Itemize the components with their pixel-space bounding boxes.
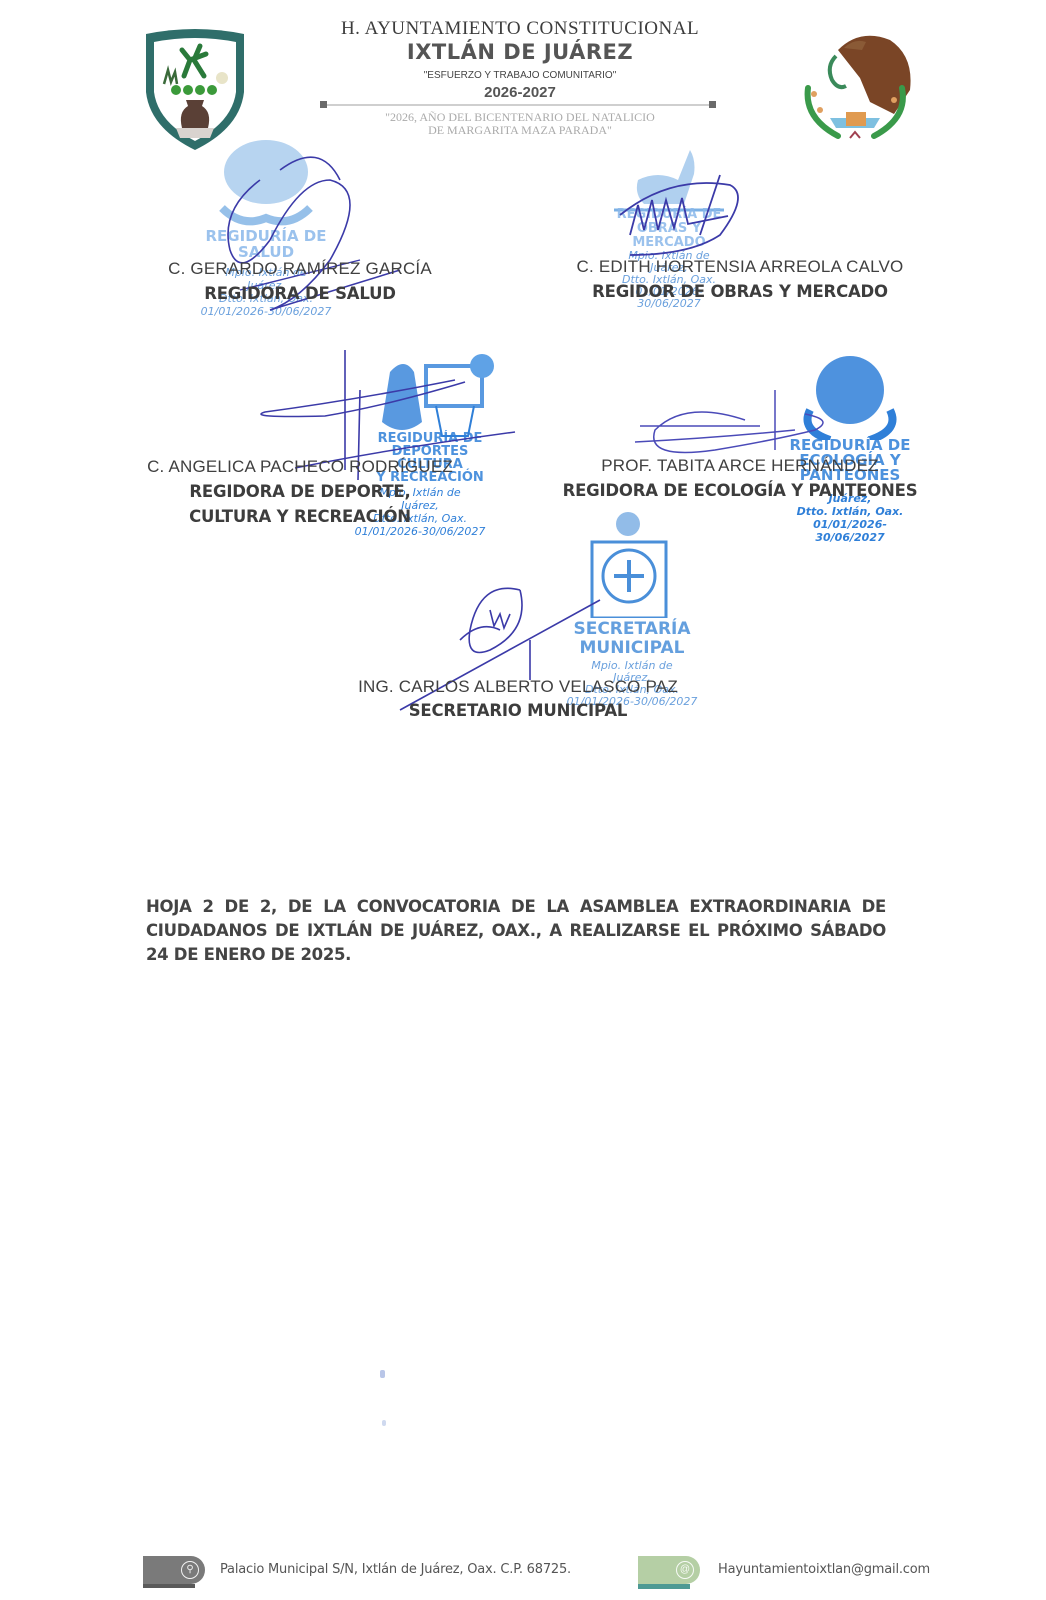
scan-speck <box>382 1420 386 1426</box>
signatory-role-line2: CULTURA Y RECREACIÓN <box>110 507 490 526</box>
header-slogan: "ESFUERZO Y TRABAJO COMUNITARIO" <box>300 70 740 81</box>
signatory-name: C. ANGELICA PACHECO RODRÍGUEZ <box>110 457 490 477</box>
stamp-dates: 01/01/2026-30/06/2027 <box>196 305 336 318</box>
signatory-role: REGIDOR DE OBRAS Y MERCADO <box>540 282 940 301</box>
footer-address: Palacio Municipal S/N, Ixtlán de Juárez,… <box>220 1562 620 1577</box>
signatory-name: C. EDITH HORTENSIA ARREOLA CALVO <box>540 257 940 277</box>
signatory-name: C. GERARDO RAMÍREZ GARCÍA <box>120 259 480 279</box>
sheet-note-paragraph: HOJA 2 DE 2, DE LA CONVOCATORIA DE LA AS… <box>146 895 886 967</box>
footer-email-tab: @ <box>638 1556 700 1584</box>
header-motto-line2: DE MARGARITA MAZA PARADA" <box>300 124 740 137</box>
header-divider <box>322 104 714 106</box>
scan-speck <box>380 1370 385 1378</box>
signatory-role-line1: REGIDORA DE DEPORTE, <box>110 482 490 501</box>
signatory-role: REGIDORA DE ECOLOGÍA Y PANTEONES <box>530 481 950 500</box>
footer-address-tab: ⚲ <box>143 1556 205 1584</box>
header-motto: "2026, AÑO DEL BICENTENARIO DEL NATALICI… <box>300 111 740 137</box>
mexican-coat-of-arms-icon <box>790 30 920 150</box>
signature-carlos <box>400 580 640 720</box>
footer-email[interactable]: Hayuntamientoixtlan@gmail.com <box>718 1562 958 1577</box>
stamp-dates: 01/01/2026-30/06/2027 <box>780 518 920 544</box>
at-sign-icon: @ <box>676 1561 694 1579</box>
header-period: 2026-2027 <box>300 84 740 101</box>
header-municipality: IXTLÁN DE JUÁREZ <box>300 40 740 64</box>
location-pin-icon: ⚲ <box>181 1561 199 1579</box>
signatory-name: PROF. TABITA ARCE HERNÁNDEZ <box>540 456 940 476</box>
stamp-place-3: Dtto. Ixtlán, Oax. <box>780 505 920 518</box>
signatory-name: ING. CARLOS ALBERTO VELASCO PAZ <box>318 677 718 697</box>
stamp-dates: 01/01/2026-30/06/2027 <box>350 525 490 538</box>
signatory-role: REGIDORA DE SALUD <box>120 284 480 303</box>
header-council-title: H. AYUNTAMIENTO CONSTITUCIONAL <box>300 18 740 40</box>
signatory-role: SECRETARIO MUNICIPAL <box>318 701 718 720</box>
footer-address-underline <box>143 1584 195 1588</box>
footer-email-underline <box>638 1584 690 1589</box>
